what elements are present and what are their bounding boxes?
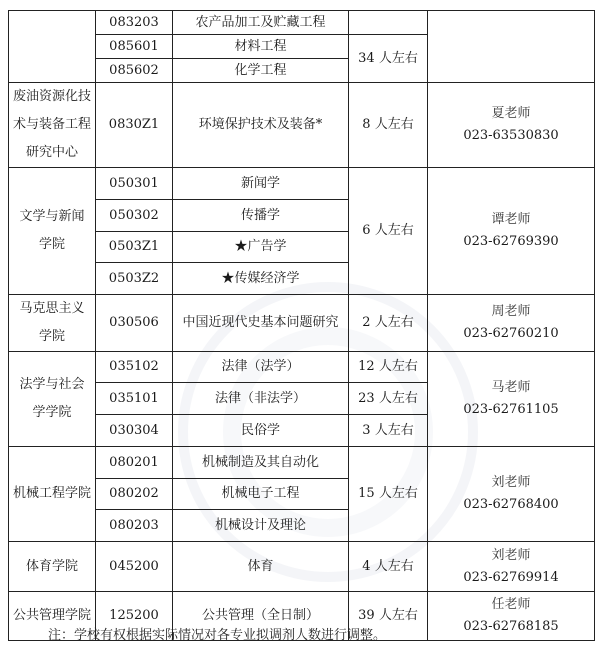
unit-cell: 废油资源化技 术与装备工程 研究中心	[9, 83, 96, 168]
unit-cell: 法学与社会 学学院	[9, 352, 96, 447]
footnote: 注：学校有权根据实际情况对各专业拟调剂人数进行调整。	[48, 624, 386, 643]
table-row: 废油资源化技 术与装备工程 研究中心 0830Z1 环境保护技术及装备* 8 人…	[9, 83, 595, 168]
table-row: 体育学院 045200 体育 4 人左右 刘老师 023-62769914	[9, 542, 595, 592]
unit-line: 研究中心	[9, 139, 95, 167]
contact-phone: 023-62768185	[428, 616, 594, 638]
code-cell: 085601	[96, 35, 173, 59]
contact-name: 夏老师	[428, 103, 594, 125]
num-cell: 4 人左右	[349, 542, 428, 592]
contact-cell: 周老师 023-62760210	[428, 295, 595, 352]
contact-phone: 023-62769914	[428, 567, 594, 589]
num-cell: 34 人左右	[349, 35, 428, 83]
code-cell: 035102	[96, 352, 173, 383]
major-cell: 机械设计及理论	[173, 510, 349, 542]
contact-phone: 023-63530830	[428, 125, 594, 147]
code-cell: 085602	[96, 59, 173, 83]
unit-cell: 文学与新闻 学院	[9, 168, 96, 295]
unit-cell: 体育学院	[9, 542, 96, 592]
num-cell: 15 人左右	[349, 447, 428, 542]
unit-line: 学院	[9, 323, 95, 351]
major-cell: ★传媒经济学	[173, 263, 349, 295]
contact-name: 刘老师	[428, 472, 594, 494]
contact-phone: 023-62768400	[428, 494, 594, 516]
table-row: 马克思主义 学院 030506 中国近现代史基本问题研究 2 人左右 周老师 0…	[9, 295, 595, 352]
unit-line: 法学与社会	[9, 371, 95, 399]
code-cell: 080201	[96, 447, 173, 479]
unit-line: 废油资源化技	[9, 83, 95, 111]
num-cell: 3 人左右	[349, 415, 428, 447]
major-cell: 法律（非法学）	[173, 383, 349, 415]
major-cell: 材料工程	[173, 35, 349, 59]
code-cell: 035101	[96, 383, 173, 415]
table-row: 083203 农产品加工及贮藏工程	[9, 11, 595, 35]
unit-line: 文学与新闻	[9, 203, 95, 231]
contact-phone: 023-62761105	[428, 399, 594, 421]
code-cell: 0830Z1	[96, 83, 173, 168]
code-cell: 050302	[96, 200, 173, 232]
unit-line: 马克思主义	[9, 295, 95, 323]
contact-name: 任老师	[428, 594, 594, 616]
major-cell: 环境保护技术及装备*	[173, 83, 349, 168]
num-cell: 2 人左右	[349, 295, 428, 352]
major-cell: 法律（法学）	[173, 352, 349, 383]
num-cell: 6 人左右	[349, 168, 428, 295]
unit-cell	[9, 11, 96, 83]
contact-name: 谭老师	[428, 209, 594, 231]
unit-line: 学院	[9, 231, 95, 259]
table-row: 机械工程学院 080201 机械制造及其自动化 15 人左右 刘老师 023-6…	[9, 447, 595, 479]
contact-cell: 刘老师 023-62768400	[428, 447, 595, 542]
contact-cell: 谭老师 023-62769390	[428, 168, 595, 295]
unit-cell: 机械工程学院	[9, 447, 96, 542]
code-cell: 0503Z2	[96, 263, 173, 295]
major-cell: 新闻学	[173, 168, 349, 200]
contact-name: 马老师	[428, 377, 594, 399]
table-row: 文学与新闻 学院 050301 新闻学 6 人左右 谭老师 023-627693…	[9, 168, 595, 200]
contact-phone: 023-62760210	[428, 323, 594, 345]
contact-cell: 夏老师 023-63530830	[428, 83, 595, 168]
num-cell	[349, 11, 428, 35]
contact-name: 刘老师	[428, 545, 594, 567]
major-cell: 农产品加工及贮藏工程	[173, 11, 349, 35]
unit-cell: 马克思主义 学院	[9, 295, 96, 352]
unit-line: 术与装备工程	[9, 111, 95, 139]
code-cell: 050301	[96, 168, 173, 200]
major-cell: 民俗学	[173, 415, 349, 447]
major-cell: 体育	[173, 542, 349, 592]
code-cell: 030304	[96, 415, 173, 447]
major-cell: 机械制造及其自动化	[173, 447, 349, 479]
adjustment-quota-table: 083203 农产品加工及贮藏工程 085601 材料工程 34 人左右 085…	[8, 10, 595, 641]
num-cell: 8 人左右	[349, 83, 428, 168]
contact-phone: 023-62769390	[428, 231, 594, 253]
code-cell: 030506	[96, 295, 173, 352]
contact-name: 周老师	[428, 301, 594, 323]
code-cell: 080203	[96, 510, 173, 542]
contact-cell	[428, 11, 595, 83]
num-cell: 23 人左右	[349, 383, 428, 415]
major-cell: ★广告学	[173, 232, 349, 263]
contact-cell: 刘老师 023-62769914	[428, 542, 595, 592]
contact-cell: 马老师 023-62761105	[428, 352, 595, 447]
num-cell: 12 人左右	[349, 352, 428, 383]
code-cell: 080202	[96, 479, 173, 510]
unit-line: 学学院	[9, 399, 95, 427]
table-row: 法学与社会 学学院 035102 法律（法学） 12 人左右 马老师 023-6…	[9, 352, 595, 383]
major-cell: 传播学	[173, 200, 349, 232]
code-cell: 045200	[96, 542, 173, 592]
major-cell: 化学工程	[173, 59, 349, 83]
major-cell: 中国近现代史基本问题研究	[173, 295, 349, 352]
code-cell: 0503Z1	[96, 232, 173, 263]
major-cell: 机械电子工程	[173, 479, 349, 510]
contact-cell: 任老师 023-62768185	[428, 592, 595, 641]
code-cell: 083203	[96, 11, 173, 35]
